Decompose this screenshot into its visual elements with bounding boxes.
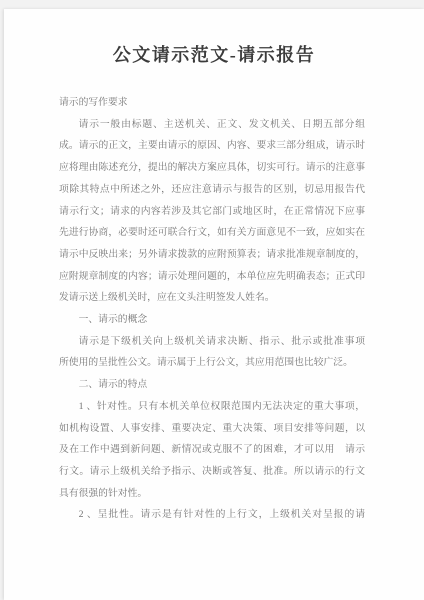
text-line: 2 、呈批性。请示是有针对性的上行文，上级机关对呈报的请 xyxy=(59,504,365,526)
text-line: 请示行文；请求的内容若涉及其它部门或地区时，在正常情况下应事 xyxy=(59,201,365,223)
text-line: 应将理由陈述充分，提出的解决方案应具体，切实可行。请示的注意事 xyxy=(59,157,365,179)
text-line: 请示是下级机关向上级机关请求决断、指示、批示或批准事项 xyxy=(59,331,365,353)
document-body: 请示的写作要求请示一般由标题、主送机关、正文、发文机关、日期五部分组成。请示的正… xyxy=(59,92,365,526)
text-line: 发请示送上级机关时，应在文头注明签发人姓名。 xyxy=(59,287,365,309)
text-line: 1 、针对性。只有本机关单位权限范围内无法决定的重大事项， xyxy=(59,396,365,418)
text-line: 项除其特点中所述之外，还应注意请示与报告的区别，切忌用报告代 xyxy=(59,179,365,201)
text-line: 请示中反映出来；另外请求拨款的应附预算表；请求批准规章制度的， xyxy=(59,244,365,266)
text-line: 应附规章制度的内容；请示处理问题的，本单位应先明确表态；正式印 xyxy=(59,266,365,288)
text-line: 先进行协商，必要时还可联合行文，如有关方面意见不一致，应如实在 xyxy=(59,222,365,244)
screenshot-root: { "page": { "title": "公文请示范文-请示报告", "bod… xyxy=(0,0,424,600)
document-page: 公文请示范文-请示报告 请示的写作要求请示一般由标题、主送机关、正文、发文机关、… xyxy=(4,9,424,600)
text-line: 成。请示的正文，主要由请示的原因、内容、要求三部分组成，请示时 xyxy=(59,135,365,157)
text-line: 及在工作中遇到新问题、新情况或克服不了的困难，才可以用 请示 xyxy=(59,439,365,461)
text-line: 行文。请示上级机关给予指示、决断或答复、批准。所以请示的行文 xyxy=(59,461,365,483)
text-line: 所使用的呈批性公文。请示属于上行公文，其应用范围也比较广泛。 xyxy=(59,352,365,374)
text-line: 二、请示的特点 xyxy=(59,374,365,396)
text-line: 请示的写作要求 xyxy=(59,92,365,114)
text-line: 具有很强的针对性。 xyxy=(59,483,365,505)
text-line: 请示一般由标题、主送机关、正文、发文机关、日期五部分组 xyxy=(59,114,365,136)
document-title: 公文请示范文-请示报告 xyxy=(14,44,414,66)
text-line: 如机构设置、人事安排、重要决定、重大决策、项目安排等问题，以 xyxy=(59,418,365,440)
text-line: 一、请示的概念 xyxy=(59,309,365,331)
